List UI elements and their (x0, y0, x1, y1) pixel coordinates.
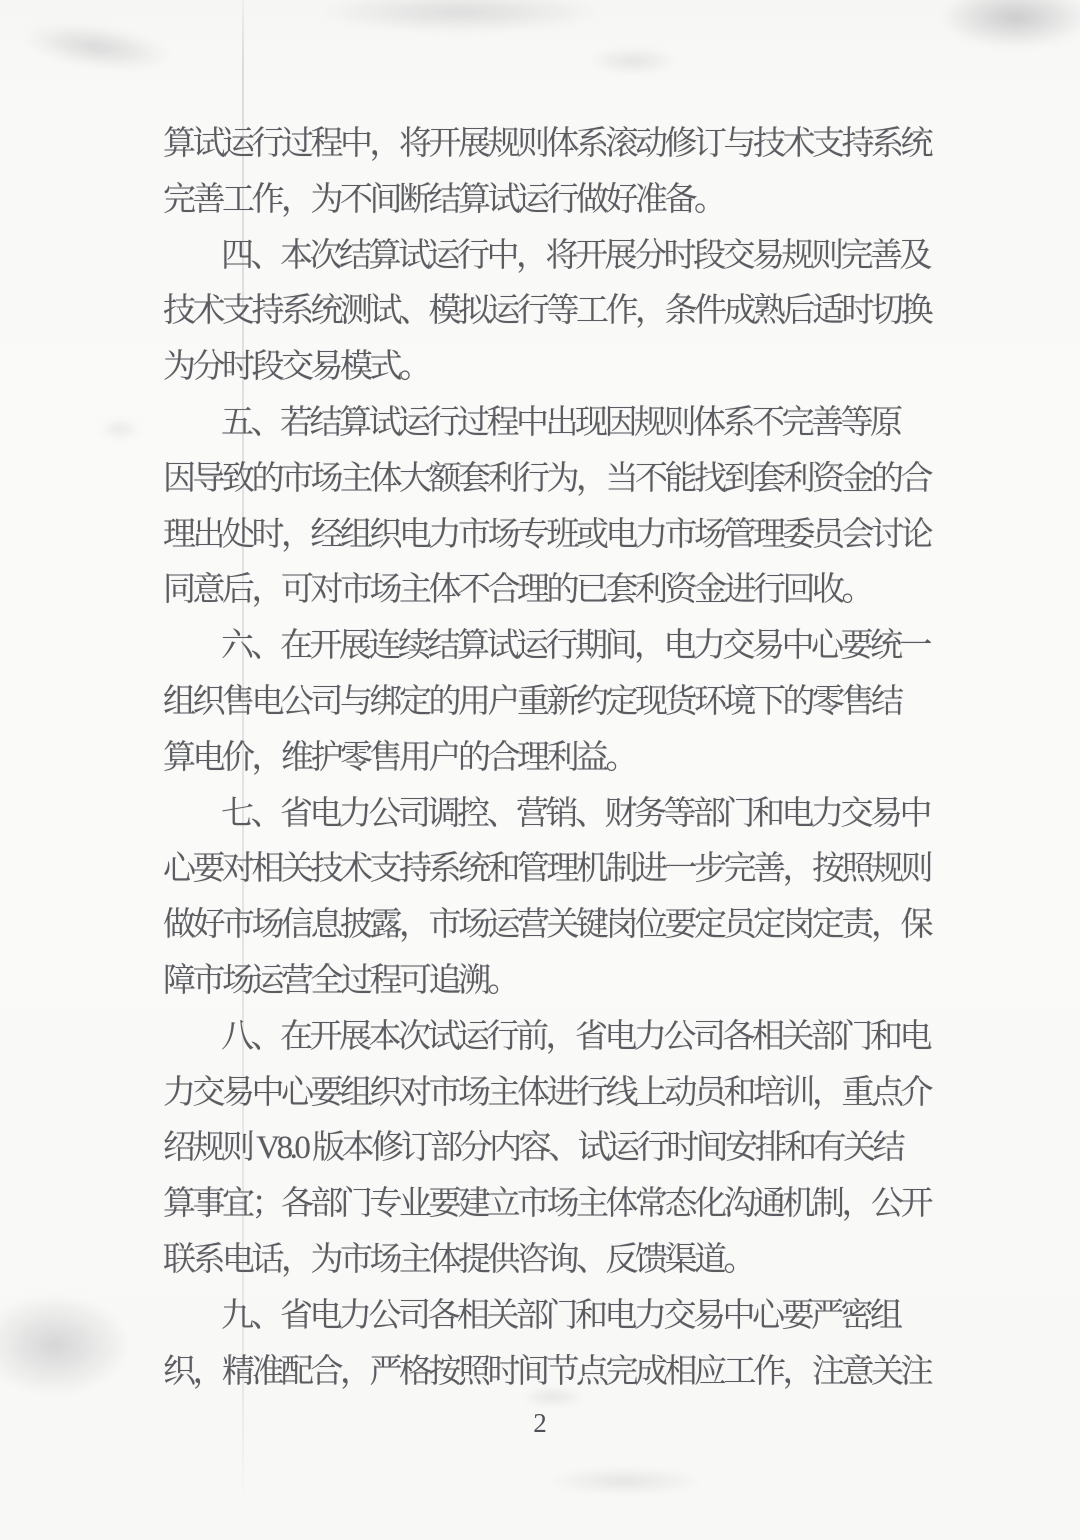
text-line: 织，精准配合，严格按照时间节点完成相应工作，注意关注 (163, 1345, 963, 1401)
text-line: 为分时段交易模式。 (163, 340, 963, 396)
text-line: 组织售电公司与绑定的用户重新约定现货环境下的零售结 (163, 675, 963, 731)
page-number: 2 (0, 1406, 1080, 1440)
scan-smudge (545, 1468, 705, 1494)
text-line: 算事宜；各部门专业要建立市场主体常态化沟通机制，公开 (163, 1177, 963, 1233)
text-line-item-6: 六、在开展连续结算试运行期间，电力交易中心要统一 (163, 619, 963, 675)
text-line: 完善工作，为不间断结算试运行做好准备。 (163, 173, 963, 229)
text-line: 绍规则 V8.0 版本修订部分内容、试运行时间安排和有关结 (163, 1121, 963, 1177)
scan-smudge (320, 0, 600, 32)
text-line: 心要对相关技术支持系统和管理机制进一步完善，按照规则 (163, 842, 963, 898)
scan-smudge (20, 16, 174, 78)
text-line: 算试运行过程中，将开展规则体系滚动修订与技术支持系统 (163, 117, 963, 173)
scan-smudge (100, 420, 140, 438)
document-page: 算试运行过程中，将开展规则体系滚动修订与技术支持系统 完善工作，为不间断结算试运… (0, 0, 1080, 1540)
text-line: 技术支持系统测试、模拟运行等工作，条件成熟后适时切换 (163, 284, 963, 340)
text-line: 理出处时，经组织电力市场专班或电力市场管理委员会讨论 (163, 508, 963, 564)
text-line-item-7: 七、省电力公司调控、营销、财务等部门和电力交易中 (163, 787, 963, 843)
text-line: 障市场运营全过程可追溯。 (163, 954, 963, 1010)
text-line: 联系电话，为市场主体提供咨询、反馈渠道。 (163, 1233, 963, 1289)
text-line: 算电价，维护零售用户的合理利益。 (163, 731, 963, 787)
text-line-item-4: 四、本次结算试运行中，将开展分时段交易规则完善及 (163, 229, 963, 285)
scan-smudge (0, 1295, 130, 1395)
document-body: 算试运行过程中，将开展规则体系滚动修订与技术支持系统 完善工作，为不间断结算试运… (163, 117, 963, 1400)
text-line-item-9: 九、省电力公司各相关部门和电力交易中心要严密组 (163, 1289, 963, 1345)
text-line: 因导致的市场主体大额套利行为，当不能找到套利资金的合 (163, 452, 963, 508)
text-line: 力交易中心要组织对市场主体进行线上动员和培训，重点介 (163, 1066, 963, 1122)
scan-smudge (940, 0, 1080, 48)
text-line-item-8: 八、在开展本次试运行前，省电力公司各相关部门和电 (163, 1010, 963, 1066)
text-line: 同意后，可对市场主体不合理的已套利资金进行回收。 (163, 563, 963, 619)
text-line: 做好市场信息披露，市场运营关键岗位要定员定岗定责，保 (163, 898, 963, 954)
text-line-item-5: 五、若结算试运行过程中出现因规则体系不完善等原 (163, 396, 963, 452)
scan-smudge (588, 48, 678, 74)
